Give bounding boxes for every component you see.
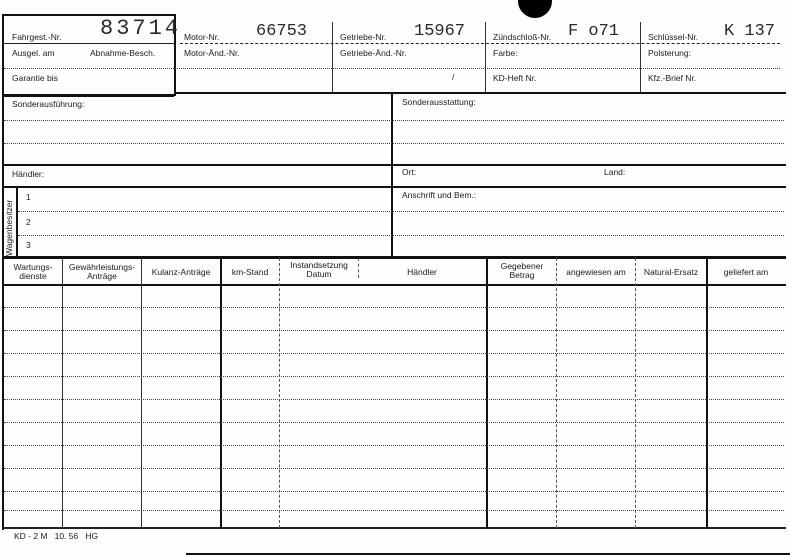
sonderausfuehrung-label: Sonderausführung: [12,99,84,109]
header-divider-4 [640,22,641,92]
col-header-angewiesen: angewiesen am [556,268,636,277]
col-header-gewaehrleistung: Gewährleistungs- Anträge [62,263,142,281]
wagenbesitzer-top-border [2,186,786,188]
wagenbesitzer-divider [16,186,18,256]
col-header-gegebener-betrag: Gegebener Betrag [486,262,558,280]
getriebe-label: Getriebe-Nr. [340,32,386,42]
motor-aend-label: Motor-Änd.-Nr. [184,48,240,58]
col-header-geliefert: geliefert am [706,268,786,277]
table-row-line [4,491,784,492]
col-header-kulanz: Kulanz-Anträge [141,268,221,277]
col-divider-3 [220,258,222,528]
ausgel-am-label: Ausgel. am [12,48,55,58]
wagenbesitzer-label: Wagenbesitzer [4,200,14,256]
garantie-label: Garantie bis [12,73,58,83]
col-divider-1 [62,258,63,528]
schluessel-label: Schlüssel-Nr. [648,32,698,42]
motor-value[interactable]: 66753 [256,22,307,41]
slash-mark: / [452,72,454,82]
punch-hole [518,0,552,18]
motor-label: Motor-Nr. [184,32,219,42]
sonder-line-1 [4,120,784,121]
col-divider-2 [141,258,142,528]
abnahme-label: Abnahme-Besch. [90,48,155,58]
wagenbesitzer-row-3: 3 [26,240,31,250]
header-bottom-border [2,94,174,97]
table-bottom-border [2,527,786,529]
table-row-line [4,510,784,511]
polsterung-label: Polsterung: [648,48,691,58]
registration-card: Fahrgest.-Nr. 83714 Ausgel. am Abnahme-B… [0,0,790,557]
table-row-line [4,445,784,446]
land-label: Land: [604,167,625,177]
getriebe-value[interactable]: 15967 [414,22,465,41]
zuendschloss-label: Zündschloß-Nr. [493,32,551,42]
col-divider-4 [279,258,280,528]
table-row-line [4,330,784,331]
wagenbesitzer-line-1 [18,211,784,212]
col-header-haendler: Händler [358,268,486,277]
table-row-line [4,376,784,377]
header-row1-line [2,43,174,44]
wagenbesitzer-row-1: 1 [26,192,31,202]
fahrgestell-label: Fahrgest.-Nr. [12,32,62,42]
middle-divider [391,94,393,256]
header-divider-3 [485,22,486,92]
header-bottom-border-b [174,92,786,94]
col-header-instandsetzung: Instandsetzung Datum [279,261,359,279]
print-code: KD - 2 M 10. 56 HG [14,531,98,541]
table-row-line [4,353,784,354]
col-divider-5 [486,258,488,528]
col-header-natural-ersatz: Natural-Ersatz [635,268,707,277]
sonder-line-2 [4,143,784,144]
wagenbesitzer-line-2 [18,235,784,236]
kd-heft-label: KD-Heft Nr. [493,73,536,83]
table-row-line [4,468,784,469]
schluessel-value[interactable]: K 137 [724,22,775,41]
table-header-bottom [2,284,786,286]
kfz-brief-label: Kfz.-Brief Nr. [648,73,696,83]
haendler-top-border [2,164,786,166]
col-divider-8 [706,258,708,528]
table-row-line [4,422,784,423]
table-top-border [2,256,786,259]
table-row-line [4,399,784,400]
getriebe-aend-label: Getriebe-Änd.-Nr. [340,48,407,58]
col-header-km-stand: km-Stand [220,268,280,277]
fahrgestell-value[interactable]: 83714 [100,16,181,41]
col-divider-7 [635,258,636,528]
col-divider-6 [556,258,557,528]
zuendschloss-value[interactable]: F o71 [568,22,619,41]
haendler-label: Händler: [12,169,44,179]
wagenbesitzer-row-2: 2 [26,217,31,227]
card-bottom-edge [186,553,790,555]
header-divider-2 [332,22,333,92]
col-header-wartungsdienste: Wartungs- dienste [4,263,62,281]
header-row2-dotted [4,68,780,69]
farbe-label: Farbe: [493,48,518,58]
table-row-line [4,307,784,308]
anschrift-label: Anschrift und Bem.: [402,190,476,200]
ort-label: Ort: [402,167,416,177]
header-row1-line-b [180,43,780,44]
sonderausstattung-label: Sonderausstattung: [402,97,476,107]
